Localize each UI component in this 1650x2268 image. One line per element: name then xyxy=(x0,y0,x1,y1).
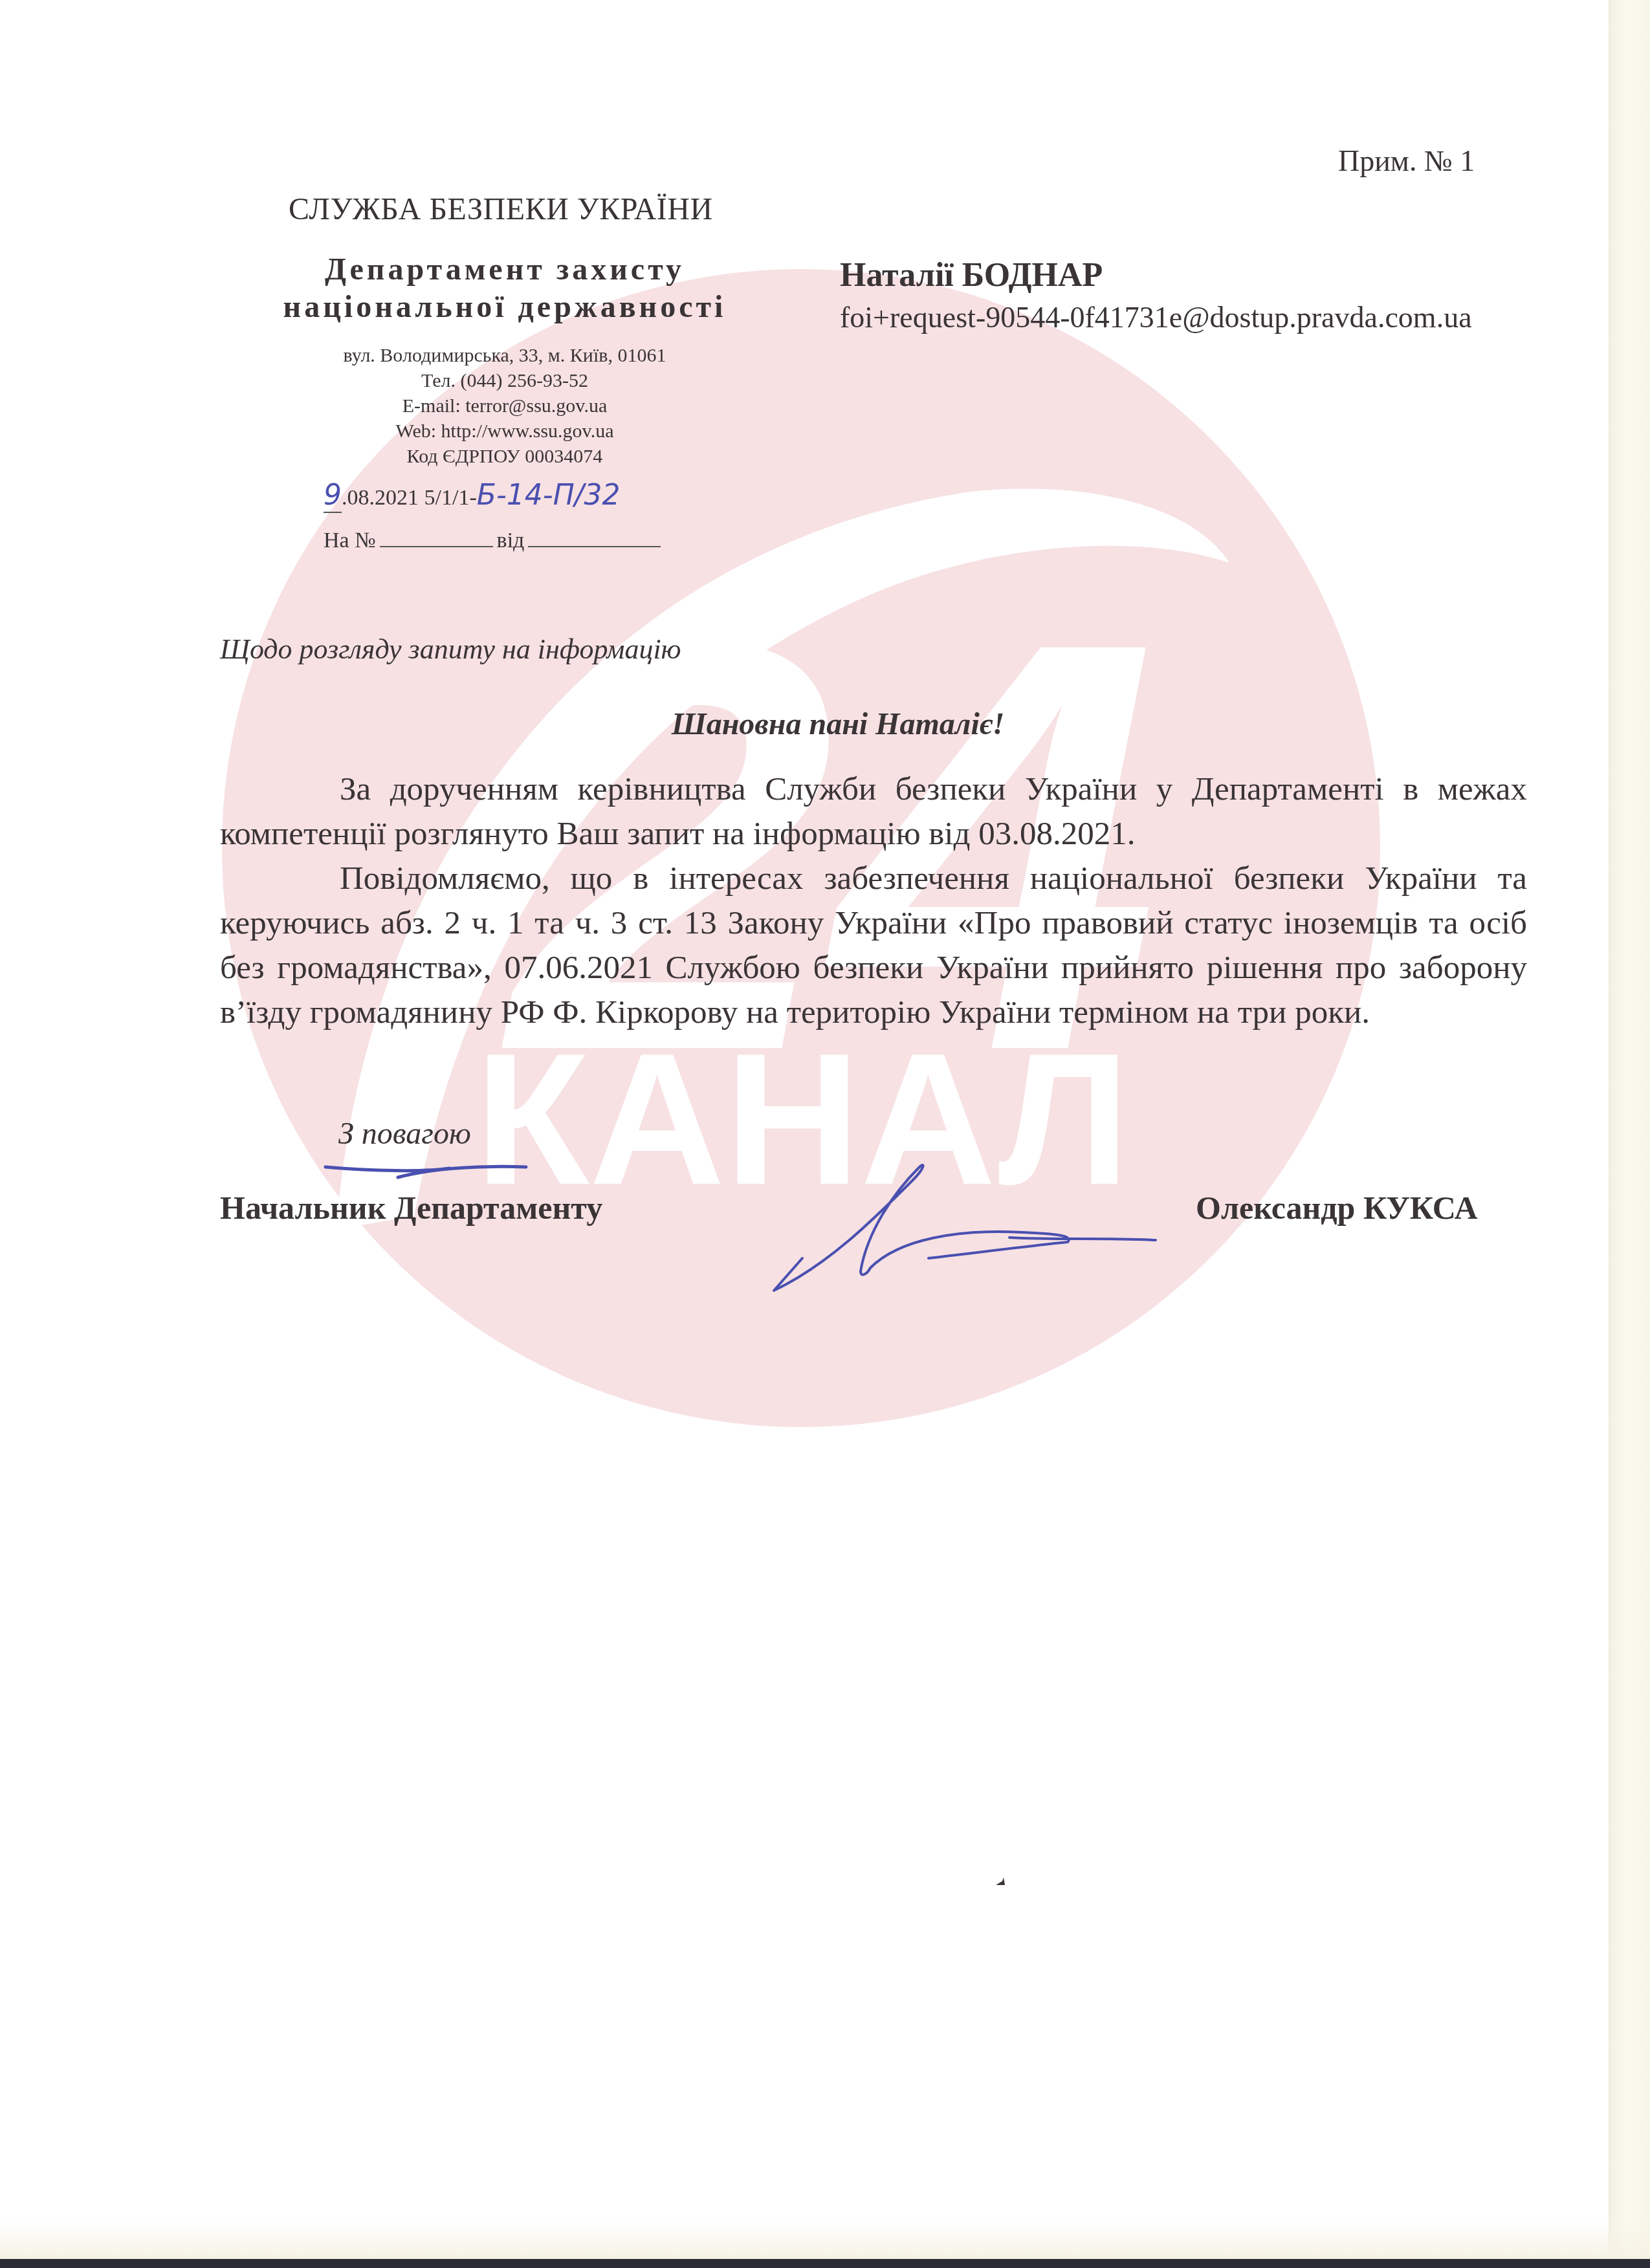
reply-number-blank xyxy=(380,528,493,547)
letter-body: За дорученням керівництва Служби безпеки… xyxy=(220,767,1527,1035)
reply-to-label: На № xyxy=(324,529,376,552)
recipient-email: foi+request-90544-0f41731e@dostup.pravda… xyxy=(840,300,1472,334)
from-label: від xyxy=(497,529,525,552)
scan-shadow-bottom xyxy=(0,2220,1650,2259)
sender-organization: СЛУЖБА БЕЗПЕКИ УКРАЇНИ xyxy=(289,191,713,227)
department-line-1: Департамент захисту xyxy=(278,251,731,289)
reply-date-blank xyxy=(528,528,661,547)
body-paragraph-1: За дорученням керівництва Служби безпеки… xyxy=(220,767,1527,856)
handwritten-signature xyxy=(764,1161,1165,1303)
scan-paper-edge-right xyxy=(1609,0,1650,2259)
annex-label: Прим. № 1 xyxy=(1338,144,1475,178)
signer-name: Олександр КУКСА xyxy=(1196,1189,1478,1227)
signer-position: Начальник Департаменту xyxy=(220,1189,602,1227)
sender-web: Web: http://www.ssu.gov.ua xyxy=(278,419,731,444)
regards-underline-ink xyxy=(320,1158,534,1184)
registration-date-printed: .08.2021 5/1/1- xyxy=(342,486,477,510)
sender-contacts: вул. Володимирська, 33, м. Київ, 01061 Т… xyxy=(278,343,731,469)
department-line-2: національної державності xyxy=(278,289,731,326)
closing-regards: З повагою xyxy=(338,1116,471,1151)
sender-email: E-mail: terror@ssu.gov.ua xyxy=(278,393,731,419)
letter-subject: Щодо розгляду запиту на інформацію xyxy=(220,633,681,666)
handwritten-registration-number: Б-14-П/32 xyxy=(477,479,621,512)
channel-24-watermark-logo: 24 КАНАЛ xyxy=(0,0,1650,2268)
scanned-letter-page: 24 КАНАЛ Прим. № 1 СЛУЖБА БЕЗПЕКИ УКРАЇН… xyxy=(0,0,1650,2268)
sender-department: Департамент захисту національної державн… xyxy=(278,251,731,326)
sender-address: вул. Володимирська, 33, м. Київ, 01061 xyxy=(278,343,731,368)
reply-reference-line: На №від xyxy=(324,528,665,553)
body-paragraph-2: Повідомляємо, що в інтересах забезпеченн… xyxy=(220,856,1527,1035)
handwritten-day: 9 xyxy=(324,479,342,513)
sender-phone: Тел. (044) 256-93-52 xyxy=(278,368,731,393)
registration-line: 9.08.2021 5/1/1-Б-14-П/32 xyxy=(324,479,621,513)
scanner-bed-edge xyxy=(0,2259,1650,2268)
recipient-name: Наталії БОДНАР xyxy=(840,256,1103,294)
scan-speck xyxy=(995,1876,1007,1889)
sender-edrpou: Код ЄДРПОУ 00034074 xyxy=(278,444,731,469)
letter-greeting: Шановна пані Наталіє! xyxy=(0,706,1650,742)
